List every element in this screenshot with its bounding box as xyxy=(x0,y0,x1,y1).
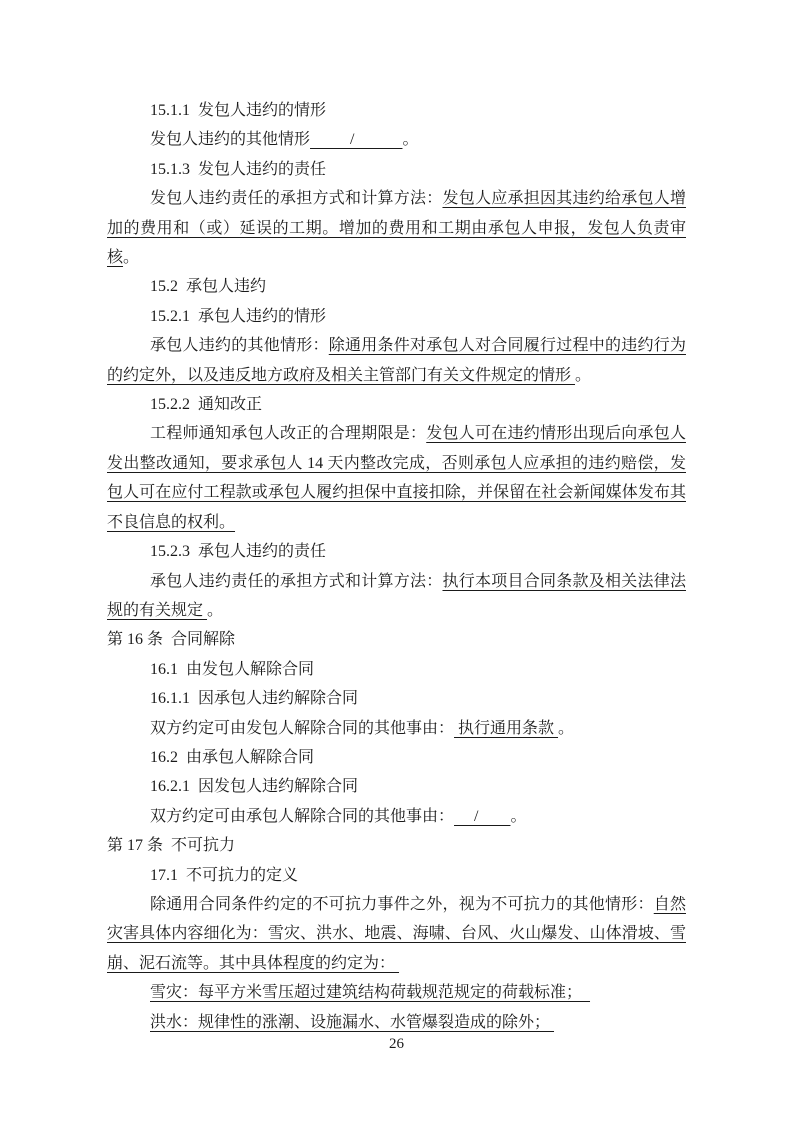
clause-15-2-2-heading: 15.2.2 通知改正 xyxy=(107,390,686,419)
text-run: 双方约定可由发包人解除合同的其他事由： xyxy=(150,720,454,737)
text-run: 。 xyxy=(207,602,223,619)
text-run: 。 xyxy=(123,249,139,266)
clause-15-2-3-heading: 15.2.3 承包人违约的责任 xyxy=(107,537,686,566)
text-run: 发包人违约责任的承担方式和计算方法： xyxy=(150,190,442,207)
text-run: 承包人违约的其他情形： xyxy=(150,337,329,354)
clause-17-1-snow-item: 雪灾：每平方米雪压超过建筑结构荷载规范规定的荷载标准； xyxy=(107,978,686,1007)
text-run: 。 xyxy=(558,720,574,737)
text-run: 15.1.1 发包人违约的情形 xyxy=(150,102,326,119)
text-run: 15.2.3 承包人违约的责任 xyxy=(150,543,326,560)
clause-17-1-flood-item: 洪水：规律性的涨潮、设施漏水、水管爆裂造成的除外； xyxy=(107,1008,686,1037)
text-run: 16.2.1 因发包人违约解除合同 xyxy=(150,778,358,795)
article-17-heading: 第 17 条 不可抗力 xyxy=(107,831,686,860)
clause-16-1-1-heading: 16.1.1 因承包人违约解除合同 xyxy=(107,684,686,713)
text-run: 除通用合同条件约定的不可抗力事件之外，视为不可抗力的其他情形： xyxy=(150,896,654,913)
clause-15-2-2-body: 工程师通知承包人改正的合理期限是：发包人可在违约情形出现后向承包人发出整改通知，… xyxy=(107,419,686,537)
text-run: 15.2 承包人违约 xyxy=(150,278,266,295)
text-run: 工程师通知承包人改正的合理期限是： xyxy=(150,425,426,442)
article-16-heading: 第 16 条 合同解除 xyxy=(107,625,686,654)
clause-15-2-3-body: 承包人违约责任的承担方式和计算方法：执行本项目合同条款及相关法律法规的有关规定 … xyxy=(107,567,686,626)
text-run: 发包人违约的其他情形 xyxy=(150,131,310,148)
blank-slash-field: / xyxy=(310,131,402,148)
text-run: 16.2 由承包人解除合同 xyxy=(150,749,314,766)
text-run: 17.1 不可抗力的定义 xyxy=(150,867,298,884)
underlined-text-run: 洪水：规律性的涨潮、设施漏水、水管爆裂造成的除外； xyxy=(150,1014,554,1031)
clause-16-2-1-body: 双方约定可由承包人解除合同的其他事由： / 。 xyxy=(107,802,686,831)
underlined-text-run: 执行通用条款 xyxy=(454,720,558,737)
clause-16-2-heading: 16.2 由承包人解除合同 xyxy=(107,743,686,772)
text-run: 16.1.1 因承包人违约解除合同 xyxy=(150,690,358,707)
text-run: 第 16 条 合同解除 xyxy=(107,631,235,648)
clause-16-1-heading: 16.1 由发包人解除合同 xyxy=(107,655,686,684)
text-run: 第 17 条 不可抗力 xyxy=(107,837,235,854)
document-body: 15.1.1 发包人违约的情形发包人违约的其他情形 / 。15.1.3 发包人违… xyxy=(107,96,686,1037)
clause-15-1-1-heading: 15.1.1 发包人违约的情形 xyxy=(107,96,686,125)
clause-15-2-heading: 15.2 承包人违约 xyxy=(107,272,686,301)
text-run: 。 xyxy=(402,131,418,148)
text-run: 。 xyxy=(510,808,526,825)
text-run: 双方约定可由承包人解除合同的其他事由： xyxy=(150,808,454,825)
clause-16-1-1-body: 双方约定可由发包人解除合同的其他事由： 执行通用条款 。 xyxy=(107,714,686,743)
text-run: 。 xyxy=(575,367,591,384)
text-run: 承包人违约责任的承担方式和计算方法： xyxy=(150,573,442,590)
clause-16-2-1-heading: 16.2.1 因发包人违约解除合同 xyxy=(107,772,686,801)
clause-15-1-3-body: 发包人违约责任的承担方式和计算方法：发包人应承担因其违约给承包人增加的费用和（或… xyxy=(107,184,686,272)
underlined-text-run: 雪灾：每平方米雪压超过建筑结构荷载规范规定的荷载标准； xyxy=(150,984,590,1001)
text-run: 16.1 由发包人解除合同 xyxy=(150,661,314,678)
text-run: 15.2.1 承包人违约的情形 xyxy=(150,308,326,325)
clause-15-1-1-body: 发包人违约的其他情形 / 。 xyxy=(107,125,686,154)
page-footer: 26 xyxy=(0,1034,793,1054)
clause-15-1-3-heading: 15.1.3 发包人违约的责任 xyxy=(107,155,686,184)
document-page: 15.1.1 发包人违约的情形发包人违约的其他情形 / 。15.1.3 发包人违… xyxy=(0,0,793,1122)
page-number: 26 xyxy=(389,1036,404,1052)
text-run: 15.1.3 发包人违约的责任 xyxy=(150,161,326,178)
clause-17-1-heading: 17.1 不可抗力的定义 xyxy=(107,861,686,890)
clause-17-1-body: 除通用合同条件约定的不可抗力事件之外，视为不可抗力的其他情形：自然灾害具体内容细… xyxy=(107,890,686,978)
clause-15-2-1-heading: 15.2.1 承包人违约的情形 xyxy=(107,302,686,331)
blank-slash-field: / xyxy=(454,808,510,825)
text-run: 15.2.2 通知改正 xyxy=(150,396,262,413)
clause-15-2-1-body: 承包人违约的其他情形：除通用条件对承包人对合同履行过程中的违约行为的约定外，以及… xyxy=(107,331,686,390)
